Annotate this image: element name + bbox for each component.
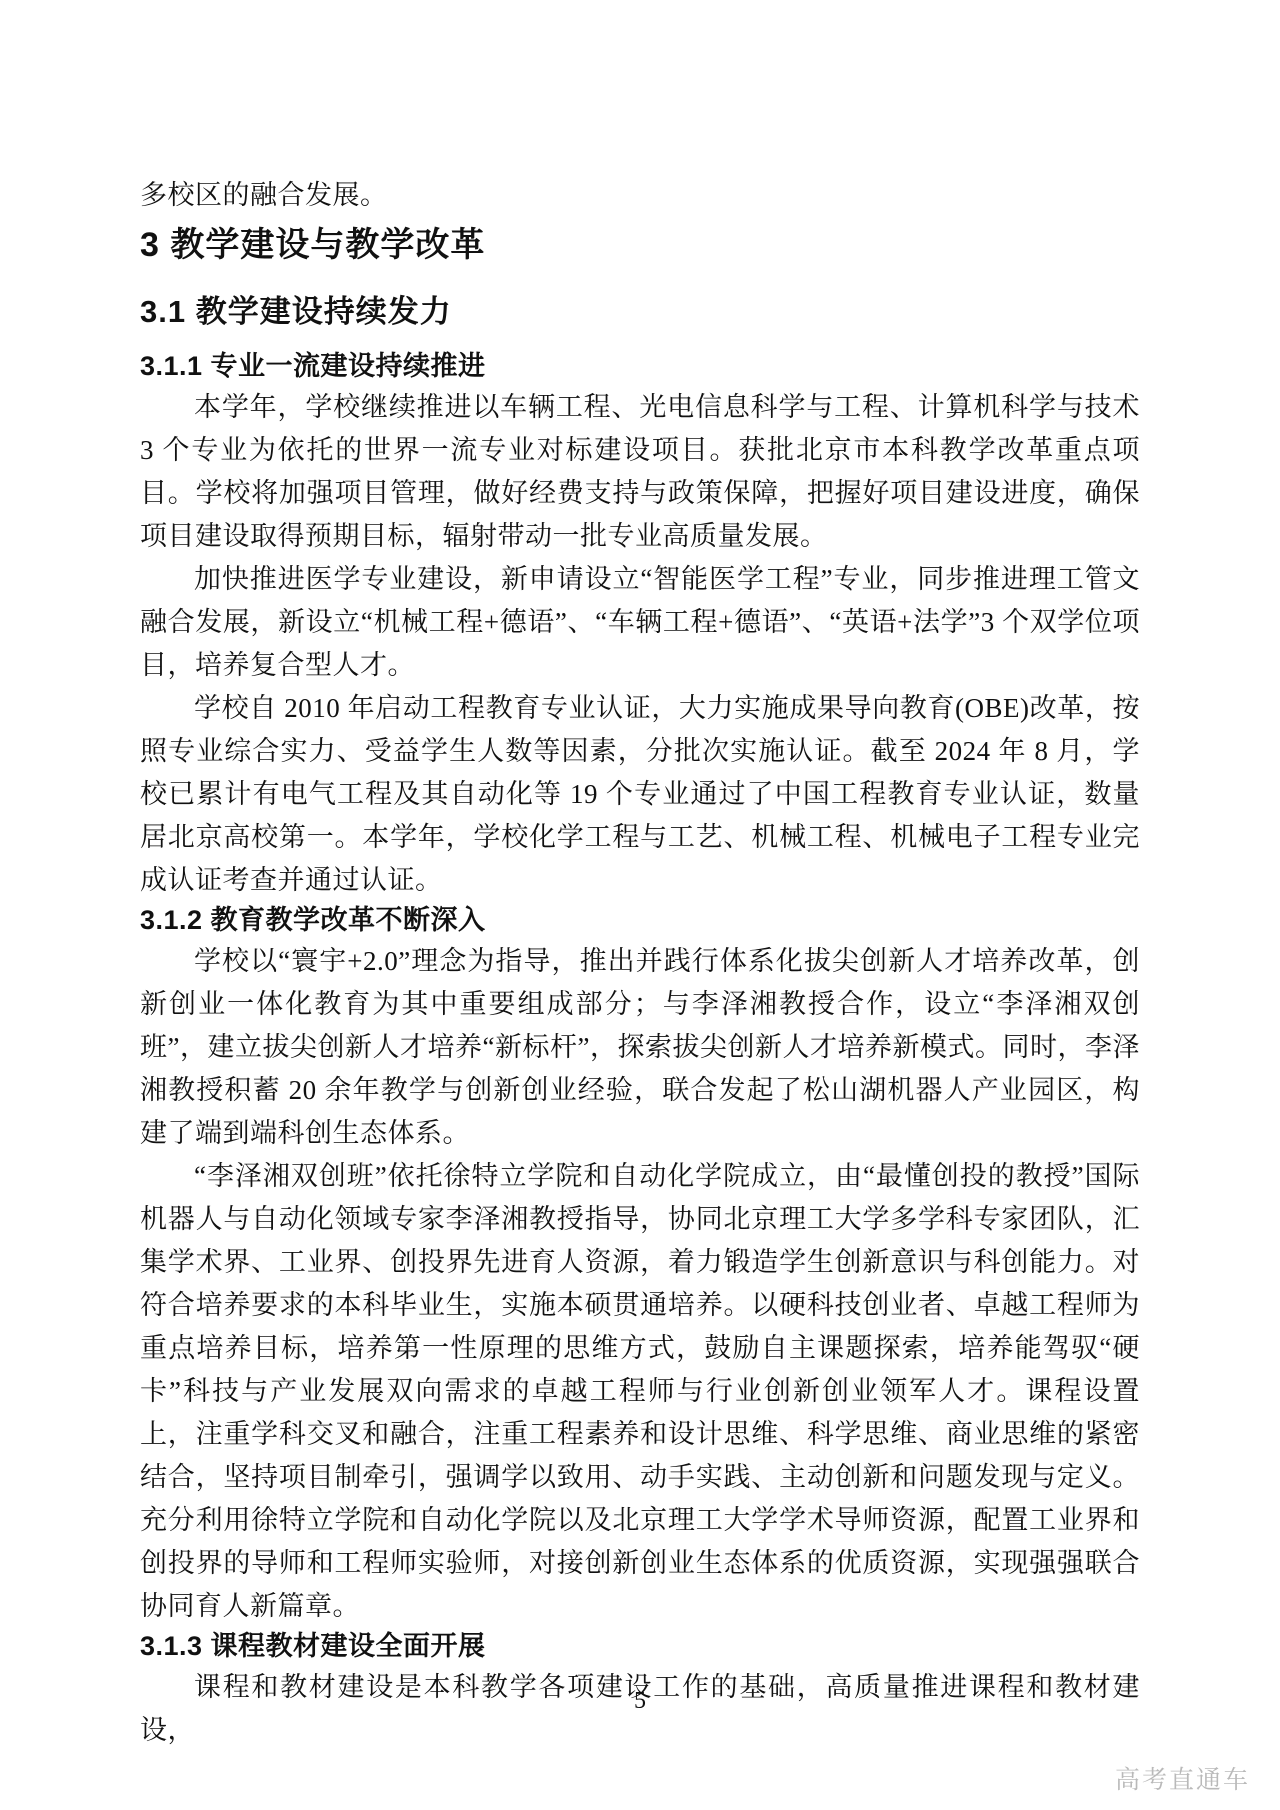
subsubsection-heading-3-1-3: 3.1.3 课程教材建设全面开展 [140, 1626, 1140, 1666]
watermark: 高考直通车 [1115, 1760, 1250, 1796]
document-page: 多校区的融合发展。 3 教学建设与教学改革 3.1 教学建设持续发力 3.1.1… [0, 0, 1280, 1810]
subsubsection-heading-3-1-2: 3.1.2 教育教学改革不断深入 [140, 900, 1140, 940]
paragraph: 本学年，学校继续推进以车辆工程、光电信息科学与工程、计算机科学与技术 3 个专业… [140, 386, 1140, 558]
subsection-heading-3-1: 3.1 教学建设持续发力 [140, 292, 1140, 332]
paragraph: 学校以“寰宇+2.0”理念为指导，推出并践行体系化拔尖创新人才培养改革，创新创业… [140, 940, 1140, 1155]
page-number: 5 [0, 1688, 1280, 1715]
page-content: 多校区的融合发展。 3 教学建设与教学改革 3.1 教学建设持续发力 3.1.1… [140, 0, 1140, 1752]
paragraph-continuation: 多校区的融合发展。 [140, 174, 1140, 217]
paragraph: 加快推进医学专业建设，新申请设立“智能医学工程”专业，同步推进理工管文融合发展，… [140, 558, 1140, 687]
paragraph: 学校自 2010 年启动工程教育专业认证，大力实施成果导向教育(OBE)改革，按… [140, 687, 1140, 902]
paragraph: “李泽湘双创班”依托徐特立学院和自动化学院成立，由“最懂创投的教授”国际机器人与… [140, 1155, 1140, 1628]
section-heading-3: 3 教学建设与教学改革 [140, 223, 1140, 267]
subsubsection-heading-3-1-1: 3.1.1 专业一流建设持续推进 [140, 346, 1140, 386]
